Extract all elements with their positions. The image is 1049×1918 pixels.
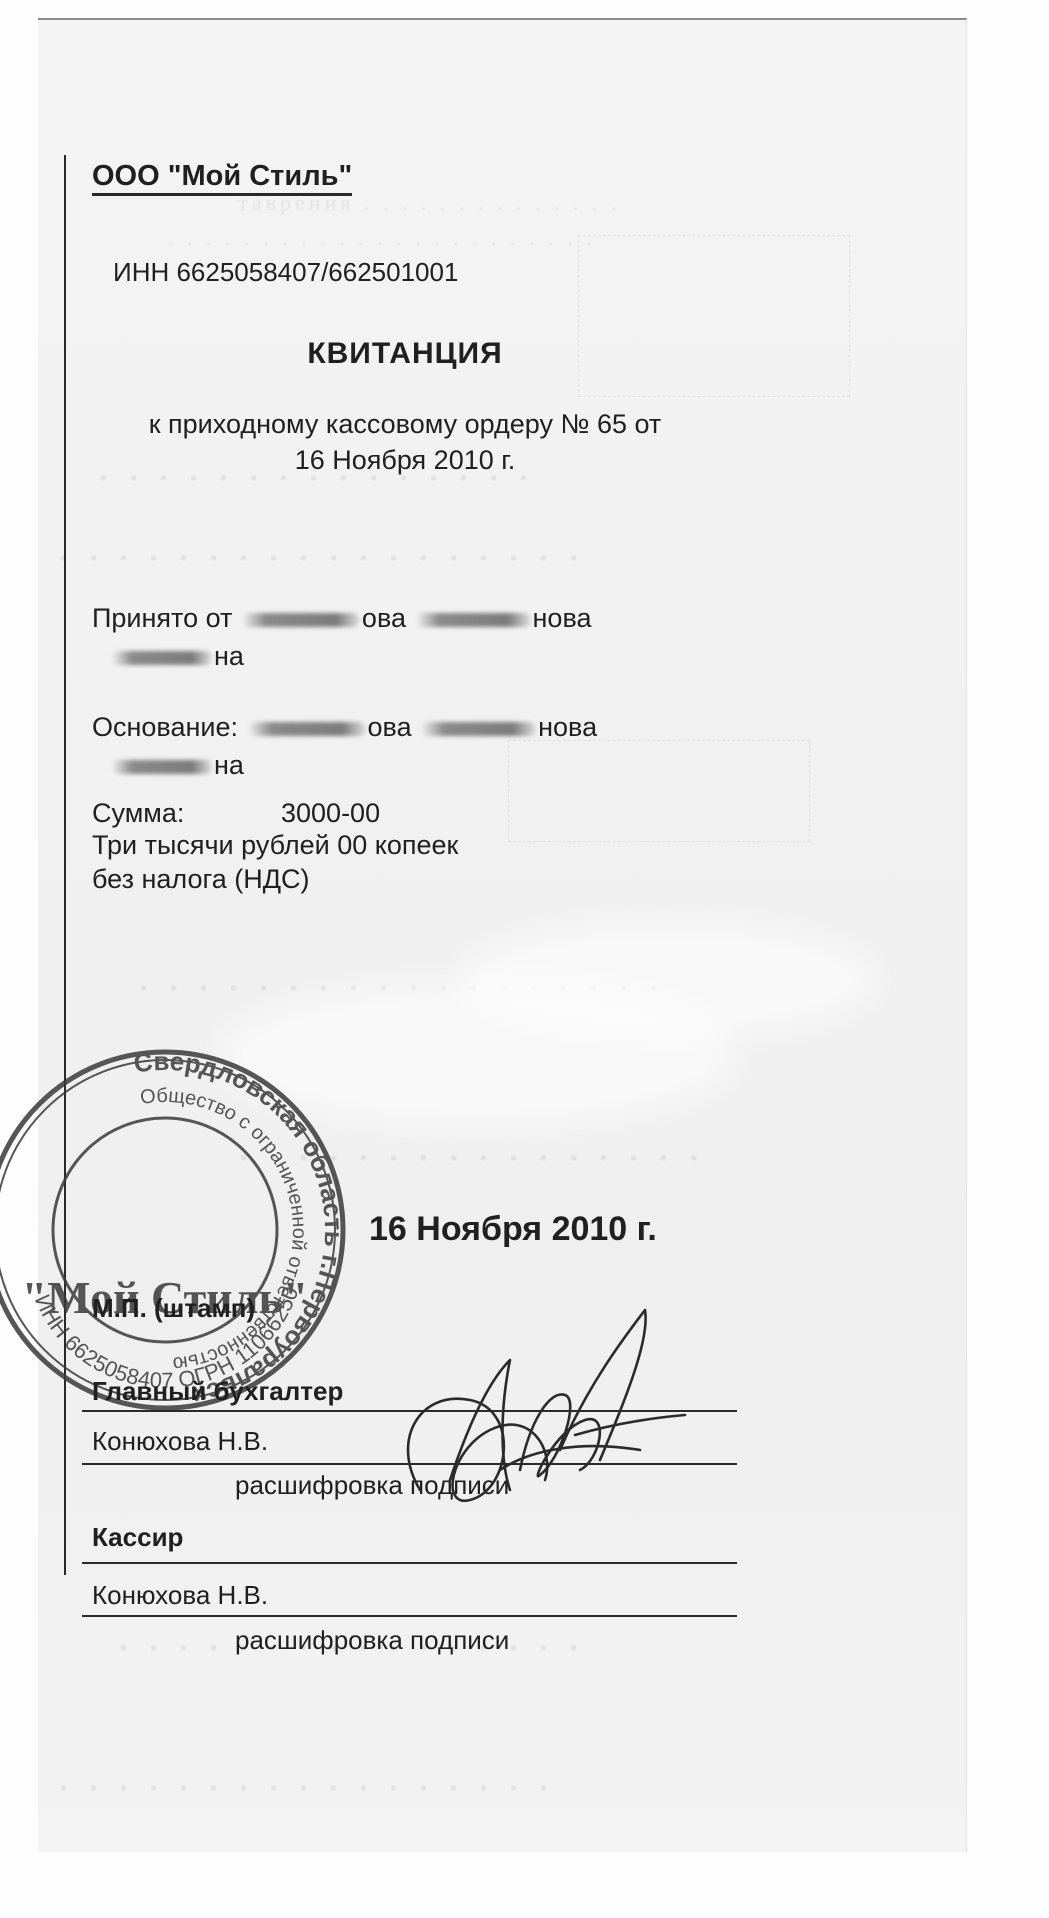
document-subtitle: к приходному кассовому ордеру № 65 от 16…	[0, 406, 810, 478]
company-inn: ИНН 6625058407/662501001	[113, 256, 458, 288]
cashier-title: Кассир	[92, 1521, 183, 1553]
bleed-through-box	[508, 740, 810, 842]
basis-part2: нова	[538, 712, 597, 742]
handwritten-signature-icon	[380, 1300, 710, 1540]
received-from-label: Принято от	[92, 603, 232, 633]
received-from-row-2: на	[110, 640, 244, 672]
basis-row-2: на	[110, 749, 244, 781]
received-from-part2: нова	[533, 603, 592, 633]
basis-part1: ова	[368, 712, 412, 742]
document-title: КВИТАНЦИЯ	[0, 338, 810, 370]
received-from-row: Принято от ова нова	[92, 602, 592, 634]
redacted-name-part	[242, 613, 360, 627]
chief-accountant-title: Главный бухгалтер	[92, 1375, 343, 1407]
stamp-place-label: М.П. (штамп)	[92, 1292, 255, 1324]
received-from-part3: на	[214, 641, 244, 671]
name-line	[82, 1615, 737, 1617]
redacted-name-part	[112, 760, 212, 774]
receipt-sheet: таврения . . . . . . . . . . . . . . . .…	[38, 18, 967, 1852]
signature-line	[82, 1562, 737, 1564]
subtitle-line-1: к приходному кассовому ордеру № 65 от	[0, 406, 810, 442]
scan-highlight	[458, 920, 878, 1040]
redacted-name-part	[248, 722, 366, 736]
redacted-name-part	[421, 722, 536, 736]
amount-in-words: Три тысячи рублей 00 копеек	[92, 829, 458, 861]
basis-label: Основание:	[92, 712, 238, 742]
received-from-part1: ова	[362, 603, 406, 633]
basis-part3: на	[214, 750, 244, 780]
receipt-date: 16 Ноября 2010 г.	[369, 1213, 657, 1245]
signature-caption: расшифровка подписи	[235, 1624, 509, 1656]
cashier-name: Конюхова Н.В.	[92, 1579, 268, 1611]
chief-accountant-name: Конюхова Н.В.	[92, 1425, 268, 1457]
basis-row: Основание: ова нова	[92, 711, 597, 743]
bleed-through-box	[578, 235, 850, 397]
amount-label: Сумма:	[92, 797, 184, 829]
company-stamp-icon: Свердловская область г.Первоуральск Обще…	[0, 1045, 350, 1415]
bleed-through-text: . . . . . . . . . . . . . . . . . .	[58, 520, 583, 571]
bleed-through-text: . . . . . . . . . . . . . . . . . . . . …	[168, 225, 596, 251]
redacted-name-part	[416, 613, 531, 627]
amount-value: 3000-00	[281, 797, 380, 829]
subtitle-line-2: 16 Ноября 2010 г.	[0, 442, 810, 478]
company-name: ООО "Мой Стиль"	[92, 160, 352, 196]
redacted-name-part	[112, 651, 212, 665]
bleed-through-text: . . . . . . . . . . . . . . . . .	[58, 1750, 553, 1801]
vat-note: без налога (НДС)	[92, 863, 310, 895]
